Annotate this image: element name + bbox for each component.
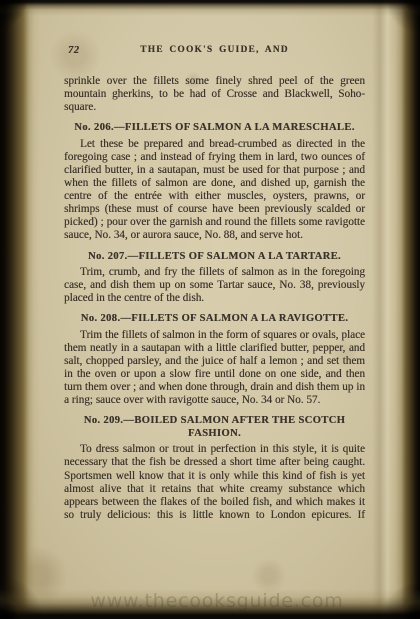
running-head: THE COOK'S GUIDE, AND (64, 44, 365, 57)
book-page-scan: 72 THE COOK'S GUIDE, AND sprinkle over t… (0, 0, 420, 619)
section-heading-209: No. 209.—BOILED SALMON AFTER THE SCOTCH … (64, 415, 365, 440)
section-heading-208: No. 208.—FILLETS OF SALMON A LA RAVIGOTT… (64, 313, 365, 326)
page-number: 72 (68, 44, 80, 57)
page-content: 72 THE COOK'S GUIDE, AND sprinkle over t… (64, 44, 365, 522)
watermark-text: www.thecooksguide.com (0, 590, 420, 612)
page-header: 72 THE COOK'S GUIDE, AND (64, 44, 365, 58)
section-body-207: Trim, crumb, and fry the fillets of salm… (64, 266, 365, 305)
section-heading-206: No. 206.—FILLETS OF SALMON A LA MARESCHA… (64, 122, 365, 135)
paragraph-continuation: sprinkle over the fillets some finely sh… (64, 75, 365, 114)
section-body-208: Trim the fillets of salmon in the form o… (64, 329, 365, 408)
section-body-206: Let these be prepared and bread-crumbed … (64, 138, 365, 243)
section-body-209: To dress salmon or trout in perfection i… (64, 443, 365, 522)
section-heading-207: No. 207.—FILLETS OF SALMON A LA TARTARE. (64, 251, 365, 264)
